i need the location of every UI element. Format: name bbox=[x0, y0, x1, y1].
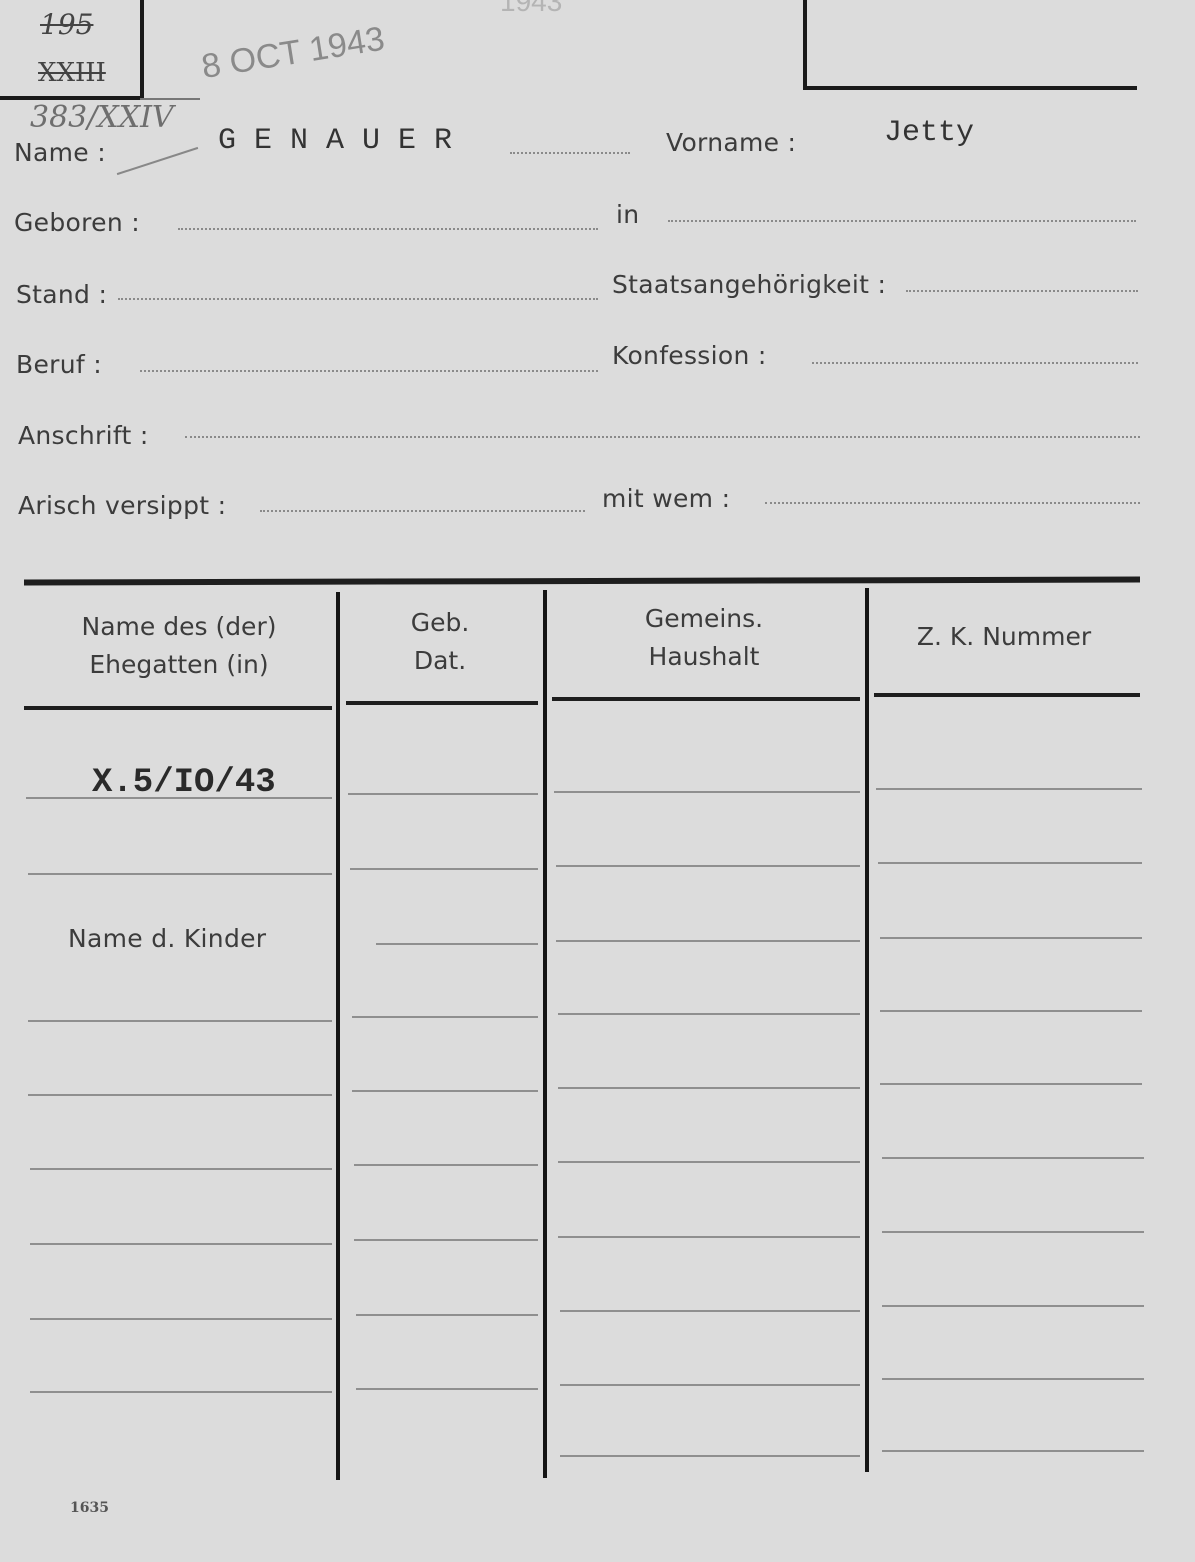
konfession-line bbox=[812, 362, 1138, 364]
crossed-roman: XXIII bbox=[38, 58, 106, 88]
header-household: Gemeins. Haushalt bbox=[548, 600, 860, 676]
top-right-box bbox=[803, 0, 1137, 90]
crossed-number: 195 bbox=[40, 8, 93, 41]
header-rule-col3 bbox=[552, 697, 860, 701]
column-divider-1 bbox=[336, 592, 340, 1480]
staatsangehoerigkeit-line bbox=[906, 290, 1138, 292]
column-divider-3 bbox=[865, 588, 869, 1472]
geboren-label: Geboren : bbox=[14, 208, 140, 237]
header-spouse-name: Name des (der) Ehegatten (in) bbox=[24, 608, 334, 684]
vorname-value: Jetty bbox=[884, 116, 974, 150]
geboren-in-line bbox=[668, 220, 1136, 222]
mit-wem-line bbox=[765, 502, 1140, 504]
header-household-line2: Haushalt bbox=[548, 638, 860, 676]
faded-year-stamp: 1943 bbox=[500, 0, 562, 18]
header-household-line1: Gemeins. bbox=[548, 600, 860, 638]
header-spouse-line1: Name des (der) bbox=[24, 608, 334, 646]
form-number: 1635 bbox=[70, 1500, 109, 1516]
beruf-label: Beruf : bbox=[16, 350, 102, 379]
mit-wem-label: mit wem : bbox=[602, 484, 730, 513]
stand-label: Stand : bbox=[16, 280, 107, 309]
vorname-label: Vorname : bbox=[666, 128, 796, 157]
header-rule-col2 bbox=[346, 701, 538, 705]
anschrift-label: Anschrift : bbox=[18, 421, 149, 450]
anschrift-line bbox=[185, 436, 1140, 438]
name-value: G E N A U E R bbox=[218, 124, 452, 158]
header-rule-col4 bbox=[874, 693, 1140, 697]
column-divider-2 bbox=[543, 590, 547, 1478]
header-birth-date: Geb. Dat. bbox=[340, 604, 540, 680]
handwritten-reference: 383/XXIV bbox=[30, 100, 174, 135]
arisch-versippt-line bbox=[260, 510, 585, 512]
header-zk-number: Z. K. Nummer bbox=[870, 618, 1138, 656]
header-zk-line1: Z. K. Nummer bbox=[870, 618, 1138, 656]
header-birth-line1: Geb. bbox=[340, 604, 540, 642]
pencil-stroke bbox=[117, 147, 198, 175]
name-line bbox=[510, 152, 630, 154]
header-birth-line2: Dat. bbox=[340, 642, 540, 680]
spouse-entry: X.5/IO/43 bbox=[92, 764, 276, 802]
stand-line bbox=[118, 298, 598, 300]
staatsangehoerigkeit-label: Staatsangehörigkeit : bbox=[612, 270, 886, 299]
konfession-label: Konfession : bbox=[612, 341, 767, 370]
date-stamp: 8 OCT 1943 bbox=[199, 20, 387, 87]
geboren-in-label: in bbox=[616, 200, 639, 229]
beruf-line bbox=[140, 370, 598, 372]
header-rule-col1 bbox=[24, 706, 332, 710]
geboren-line bbox=[178, 228, 598, 230]
children-label: Name d. Kinder bbox=[68, 924, 266, 953]
header-spouse-line2: Ehegatten (in) bbox=[24, 646, 334, 684]
name-label: Name : bbox=[14, 138, 106, 167]
arisch-versippt-label: Arisch versippt : bbox=[18, 491, 226, 520]
table-top-rule bbox=[24, 577, 1140, 586]
